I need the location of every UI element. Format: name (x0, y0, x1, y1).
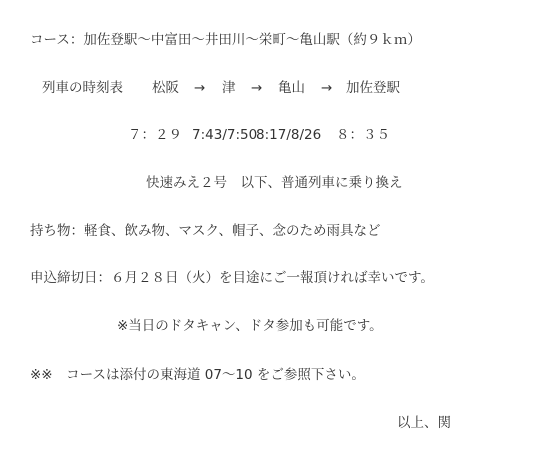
time-kasado: ８：３５ (336, 126, 390, 144)
station-kasado: 加佐登駅 (346, 79, 400, 97)
closing-signature: 以上、関 (397, 414, 451, 432)
deadline-line: 申込締切日：６月２８日（火）を目途にご一報頂ければ幸いです。 (30, 269, 434, 287)
arrow-icon: → (321, 79, 332, 97)
station-kameyama: 亀山 (278, 79, 305, 97)
same-day-note: ※当日のドタキャン、ドタ参加も可能です。 (117, 317, 383, 335)
course-line: コース：加佐登駅～中富田～井田川～栄町～亀山駅（約９ｋｍ） (30, 31, 421, 49)
train-note: 快速みえ２号 以下、普通列車に乗り換え (146, 174, 403, 192)
arrow-icon: → (251, 79, 262, 97)
timetable-label: 列車の時刻表 (42, 79, 123, 97)
time-tsu: 7:43/7:50 (192, 126, 257, 144)
station-tsu: 津 (222, 79, 236, 97)
timetable-header-row: 列車の時刻表 松阪 → 津 → 亀山 → 加佐登駅 (0, 79, 555, 97)
station-matsusaka: 松阪 (152, 79, 179, 97)
timetable-times-row: ７：２９ 7:43/7:50 8:17/8/26 ８：３５ (0, 126, 555, 144)
arrow-icon: → (194, 79, 205, 97)
time-matsusaka: ７：２９ (128, 126, 182, 144)
reference-note: ※※ コースは添付の東海道 07～10 をご参照下さい。 (30, 366, 365, 384)
time-kameyama: 8:17/8/26 (256, 126, 321, 144)
belongings-line: 持ち物：軽食、飲み物、マスク、帽子、念のため雨具など (30, 222, 380, 240)
